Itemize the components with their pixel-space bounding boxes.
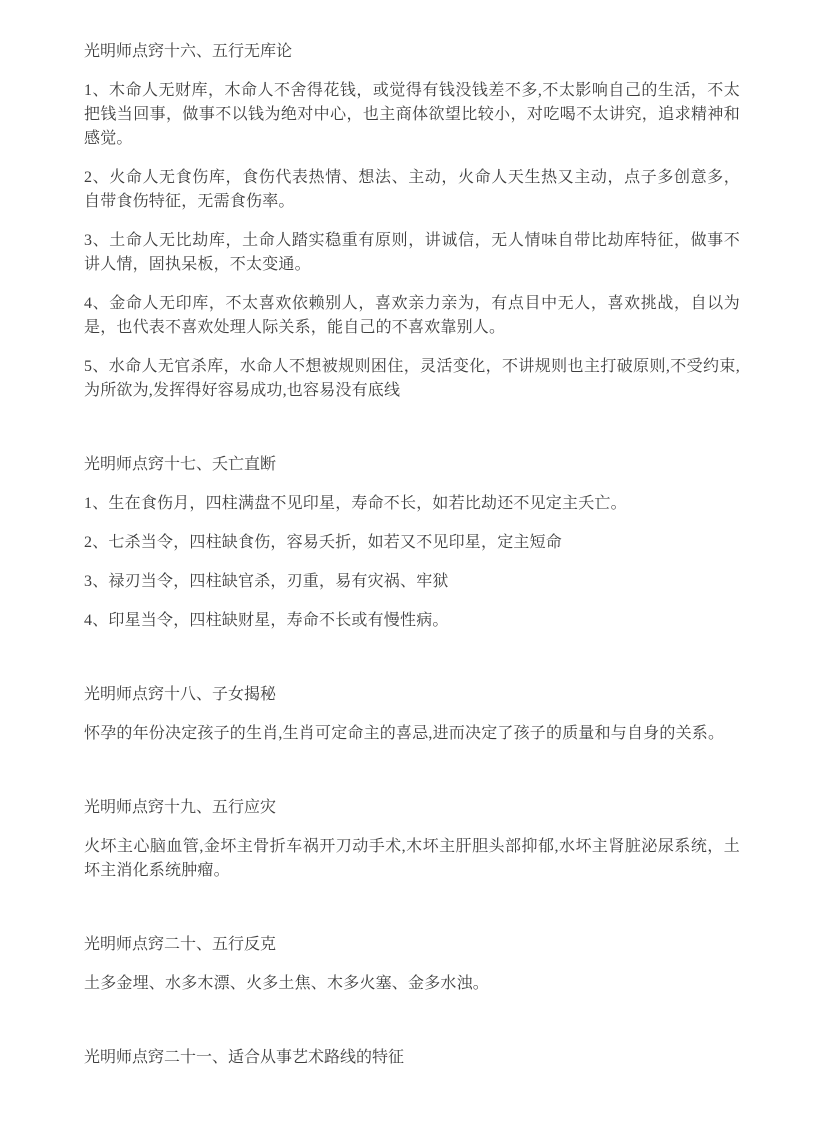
section-title: 光明师点窍二十一、适合从事艺术路线的特征 (84, 1046, 740, 1070)
section-title: 光明师点窍十六、五行无库论 (84, 40, 740, 64)
document-page: 光明师点窍十六、五行无库论 1、木命人无财库，木命人不舍得花钱，或觉得有钱没钱差… (0, 0, 824, 1133)
section-title: 光明师点窍十八、子女揭秘 (84, 683, 740, 707)
paragraph: 3、土命人无比劫库，土命人踏实稳重有原则，讲诚信，无人情味自带比劫库特征，做事不… (84, 229, 740, 277)
section-title: 光明师点窍二十、五行反克 (84, 933, 740, 957)
paragraph: 1、生在食伤月，四柱满盘不见印星，寿命不长，如若比劫还不见定主夭亡。 (84, 492, 740, 516)
paragraph: 2、火命人无食伤库，食伤代表热情、想法、主动，火命人天生热又主动，点子多创意多，… (84, 166, 740, 214)
paragraph: 2、七杀当令，四柱缺食伤，容易夭折，如若又不见印星，定主短命 (84, 531, 740, 555)
section-19-wuxing-yingzai: 光明师点窍十九、五行应灾 火坏主心脑血管,金坏主骨折车祸开刀动手术,木坏主肝胆头… (84, 796, 740, 883)
paragraph: 火坏主心脑血管,金坏主骨折车祸开刀动手术,木坏主肝胆头部抑郁,水坏主肾脏泌尿系统… (84, 835, 740, 883)
section-18-zinv-jiemi: 光明师点窍十八、子女揭秘 怀孕的年份决定孩子的生肖,生肖可定命主的喜忌,进而决定… (84, 683, 740, 746)
section-20-wuxing-fanke: 光明师点窍二十、五行反克 土多金埋、水多木漂、火多土焦、木多火塞、金多水浊。 (84, 933, 740, 996)
paragraph: 1、木命人无财库，木命人不舍得花钱，或觉得有钱没钱差不多,不太影响自己的生活，不… (84, 79, 740, 151)
paragraph: 4、金命人无印库，不太喜欢依赖别人，喜欢亲力亲为，有点目中无人，喜欢挑战，自以为… (84, 292, 740, 340)
paragraph: 5、水命人无官杀库，水命人不想被规则困住，灵活变化，不讲规则也主打破原则,不受约… (84, 355, 740, 403)
section-21-yishu-luxian: 光明师点窍二十一、适合从事艺术路线的特征 (84, 1046, 740, 1070)
paragraph: 土多金埋、水多木漂、火多土焦、木多火塞、金多水浊。 (84, 972, 740, 996)
paragraph: 3、禄刃当令，四柱缺官杀，刃重，易有灾祸、牢狱 (84, 570, 740, 594)
section-16-wuxing-wuku: 光明师点窍十六、五行无库论 1、木命人无财库，木命人不舍得花钱，或觉得有钱没钱差… (84, 40, 740, 403)
paragraph: 怀孕的年份决定孩子的生肖,生肖可定命主的喜忌,进而决定了孩子的质量和与自身的关系… (84, 722, 740, 746)
paragraph: 4、印星当令，四柱缺财星，寿命不长或有慢性病。 (84, 609, 740, 633)
section-17-yaowang-zhiduan: 光明师点窍十七、夭亡直断 1、生在食伤月，四柱满盘不见印星，寿命不长，如若比劫还… (84, 453, 740, 633)
section-title: 光明师点窍十七、夭亡直断 (84, 453, 740, 477)
section-title: 光明师点窍十九、五行应灾 (84, 796, 740, 820)
